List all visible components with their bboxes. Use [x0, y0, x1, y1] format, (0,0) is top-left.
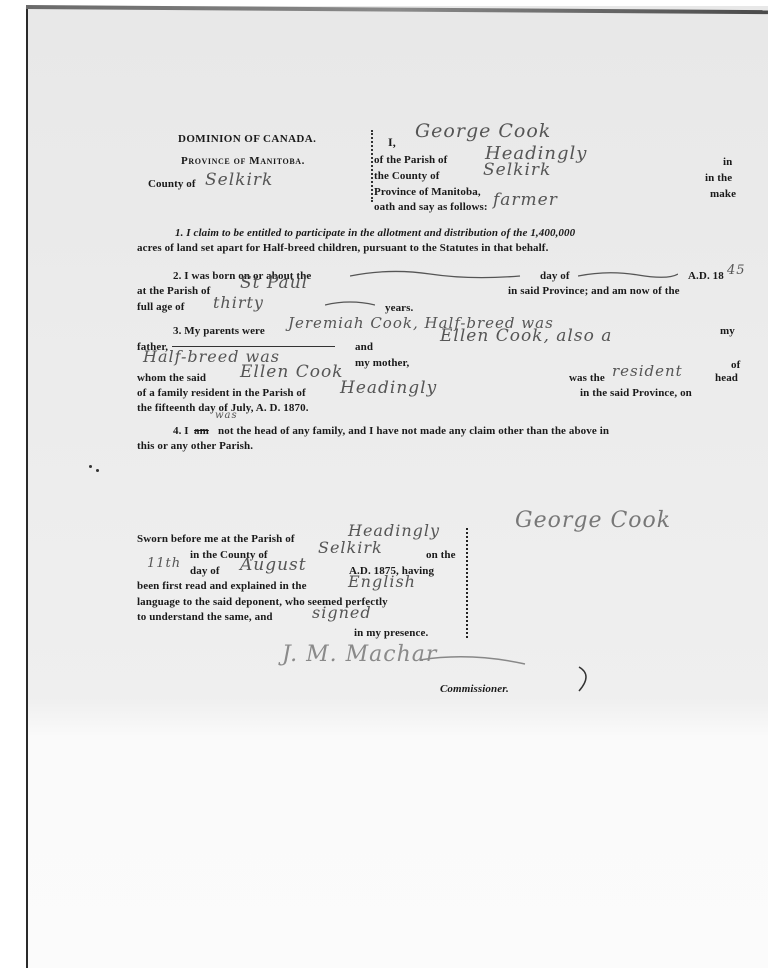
birth-year-handwritten: 45 — [727, 263, 746, 278]
commissioner-label: Commissioner. — [440, 683, 509, 695]
clause-1-line-2: acres of land set apart for Half-breed c… — [137, 242, 548, 254]
jurat-bracket — [466, 528, 468, 638]
commissioner-signature-flourish — [420, 650, 530, 670]
my-mother-label: my mother, — [355, 357, 409, 369]
dominion-heading: DOMINION OF CANADA. — [178, 133, 316, 145]
county-label: County of — [148, 178, 196, 190]
county-right-handwritten: Selkirk — [483, 160, 551, 180]
deponent-signature: George Cook — [515, 508, 671, 533]
i-label: I, — [388, 135, 396, 150]
presence-label: in my presence. — [354, 627, 428, 639]
jurat-county-handwritten: Selkirk — [318, 538, 383, 557]
clause-4-prefix: 4. I — [173, 425, 189, 437]
header-bracket — [371, 130, 373, 202]
birth-parish-label: at the Parish of — [137, 285, 210, 297]
document-page — [26, 6, 768, 968]
was-the-handwritten: resident — [612, 362, 683, 380]
commissioner-signature: J. M. Machar — [282, 642, 437, 667]
whom-label: whom the said — [137, 372, 206, 384]
county-label-right: the County of — [374, 170, 439, 182]
mother-handwritten: Ellen Cook, also a — [440, 326, 612, 346]
language-handwritten: English — [348, 572, 416, 591]
on-the-label: on the — [426, 549, 456, 561]
blank-month-squiggle — [578, 268, 678, 280]
province-heading: Province of Manitoba. — [181, 155, 305, 167]
ad-18-label: A.D. 18 — [688, 270, 724, 282]
age-squiggle — [325, 299, 375, 309]
month-handwritten: August — [240, 555, 307, 575]
make-label: make — [710, 188, 736, 200]
clause-4-line-1: not the head of any family, and I have n… — [218, 425, 609, 437]
parish-label: of the Parish of — [374, 154, 447, 166]
in-the-label: in the — [705, 172, 732, 184]
day-of-label: day of — [540, 270, 570, 282]
family-resident-label: of a family resident in the Parish of — [137, 387, 306, 399]
clause-1-line-1: 1. I claim to be entitled to participate… — [175, 227, 575, 239]
head-label: head — [715, 372, 738, 384]
sworn-label: Sworn before me at the Parish of — [137, 533, 295, 545]
stray-mark — [89, 465, 92, 468]
inserted-was-above: was — [215, 410, 238, 421]
and-label: and — [355, 341, 373, 353]
full-age-label: full age of — [137, 301, 185, 313]
province-age-label: in said Province; and am now of the — [508, 285, 680, 297]
years-label: years. — [385, 302, 413, 314]
whom-handwritten: Ellen Cook — [240, 362, 343, 382]
oath-label: oath and say as follows: — [374, 201, 488, 213]
province-label-right: Province of Manitoba, — [374, 186, 481, 198]
province-on-label: in the said Province, on — [580, 387, 692, 399]
of-label: of — [731, 359, 740, 371]
parents-label: 3. My parents were — [173, 325, 265, 337]
day-handwritten: 11th — [147, 556, 181, 571]
jurat-day-of-label: day of — [190, 565, 220, 577]
was-the-label: was the — [569, 372, 605, 384]
signed-handwritten: signed — [312, 603, 372, 622]
struck-am: am — [194, 425, 209, 437]
deponent-name-handwritten: George Cook — [415, 120, 551, 142]
closing-bracket-mark — [575, 665, 595, 693]
clause-4-line-2: this or any other Parish. — [137, 440, 253, 452]
blank-day-squiggle — [350, 268, 530, 280]
understand-label: to understand the same, and — [137, 611, 273, 623]
stray-mark — [96, 469, 99, 472]
age-handwritten: thirty — [213, 293, 264, 312]
occupation-handwritten: farmer — [493, 190, 558, 210]
county-handwritten: Selkirk — [205, 170, 273, 190]
in-label: in — [723, 156, 732, 168]
family-parish-handwritten: Headingly — [340, 378, 437, 398]
birth-parish-handwritten: St Paul — [240, 273, 308, 293]
my-label: my — [720, 325, 735, 337]
explained-label: been first read and explained in the — [137, 580, 307, 592]
